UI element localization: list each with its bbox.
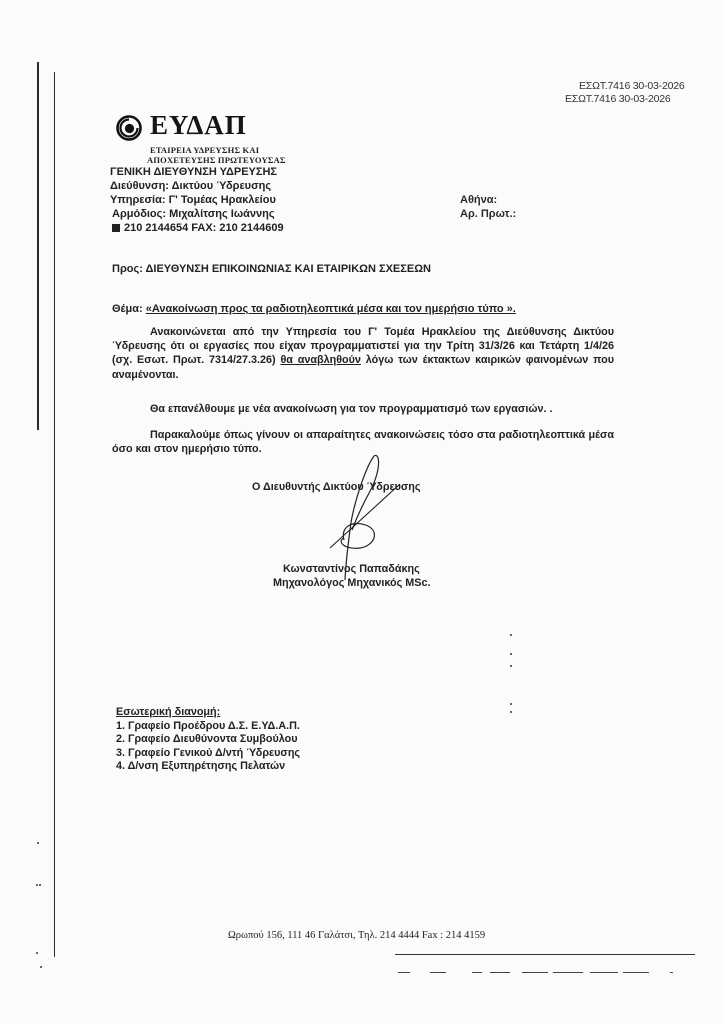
recipient-line: Προς: ΔΙΕΥΘΥΝΣΗ ΕΠΙΚΟΙΝΩΝΙΑΣ ΚΑΙ ΕΤΑΙΡΙΚ… [112,263,431,275]
signatory-name: Κωνσταντίνος Παπαδάκης [283,563,420,575]
scan-speck [510,653,512,655]
footer-dash [670,972,673,973]
footer-dash [472,972,482,973]
sender-division: ΓΕΝΙΚΗ ΔΙΕΥΘΥΝΣΗ ΥΔΡΕΥΣΗΣ [110,165,277,179]
scan-speck [510,711,512,713]
sender-contact-numbers: 210 2144654 FAX: 210 2144609 [124,222,284,234]
body-paragraph: Ανακοινώνεται από την Υπηρεσία του Γ' Το… [112,325,614,382]
body-emphasis: θα αναβληθούν [280,354,360,366]
protocol-stamp: ΕΣΩΤ.7416 30-03-2026 [579,80,685,92]
footer-dash [430,972,446,973]
eydap-swirl-logo-icon [116,115,142,141]
scan-speck [510,634,512,636]
company-subtitle: ΑΠΟΧΕΤΕΥΣΗΣ ΠΡΩΤΕΥΟΥΣΑΣ [147,155,286,165]
footer-dash [553,972,583,973]
body-text: Θα επανέλθουμε με νέα ανακοίνωση για τον… [150,403,552,415]
signatory-title: Μηχανολόγος Μηχανικός MSc. [273,577,430,589]
footer-dash [398,972,410,973]
footer-dash [623,972,649,973]
distribution-item: 4. Δ/νση Εξυπηρέτησης Πελατών [116,760,300,774]
internal-distribution: Εσωτερική διανομή: 1. Γραφείο Προέδρου Δ… [116,706,300,774]
footer-dash [522,972,548,973]
place-label: Αθήνα: [460,193,497,207]
subject-text: «Ανακοίνωση προς τα ραδιοτηλεοπτικά μέσα… [146,303,516,315]
signatory-role: Ο Διευθυντής Δικτύου Ύδρευσης [252,481,421,493]
sender-contact: 210 2144654 FAX: 210 2144609 [112,221,284,235]
scan-speck [37,842,39,844]
sender-responsible: Αρμόδιος: Μιχαλίτσης Ιωάννης [112,207,275,221]
scan-speck [39,884,41,886]
footer-address: Ωρωπού 156, 111 46 Γαλάτσι, Τηλ. 214 444… [228,930,485,941]
body-paragraph: Θα επανέλθουμε με νέα ανακοίνωση για τον… [112,402,614,416]
scan-speck [40,966,42,968]
footer-dash [590,972,618,973]
distribution-item: 3. Γραφείο Γενικού Δ/ντή Ύδρευσης [116,747,300,761]
phone-icon [112,224,120,232]
footer-divider [395,954,695,955]
company-subtitle: ΕΤΑΙΡΕΙΑ ΥΔΡΕΥΣΗΣ ΚΑΙ [150,145,259,155]
distribution-item: 2. Γραφείο Διευθύνοντα Συμβούλου [116,733,300,747]
scan-speck [36,884,38,886]
subject-label: Θέμα: [112,303,143,315]
protocol-number-label: Αρ. Πρωτ.: [460,207,516,221]
distribution-title: Εσωτερική διανομή: [116,706,300,720]
company-logo-name: ΕΥΔΑΠ [150,110,247,141]
scan-artifact-line [54,72,55,957]
sender-directorate: Διεύθυνση: Δικτύου Ύδρευσης [110,179,271,193]
scan-artifact-line [37,62,39,430]
sender-service: Υπηρεσία: Γ' Τομέας Ηρακλείου [110,193,276,207]
scan-speck [510,703,512,705]
distribution-item: 1. Γραφείο Προέδρου Δ.Σ. Ε.ΥΔ.Α.Π. [116,720,300,734]
scan-speck [36,952,38,954]
letterhead-logo [116,115,142,146]
footer-dash [490,972,510,973]
protocol-stamp: ΕΣΩΤ.7416 30-03-2026 [565,93,671,105]
subject-line: Θέμα: «Ανακοίνωση προς τα ραδιοτηλεοπτικ… [112,303,516,315]
scan-speck [510,665,512,667]
